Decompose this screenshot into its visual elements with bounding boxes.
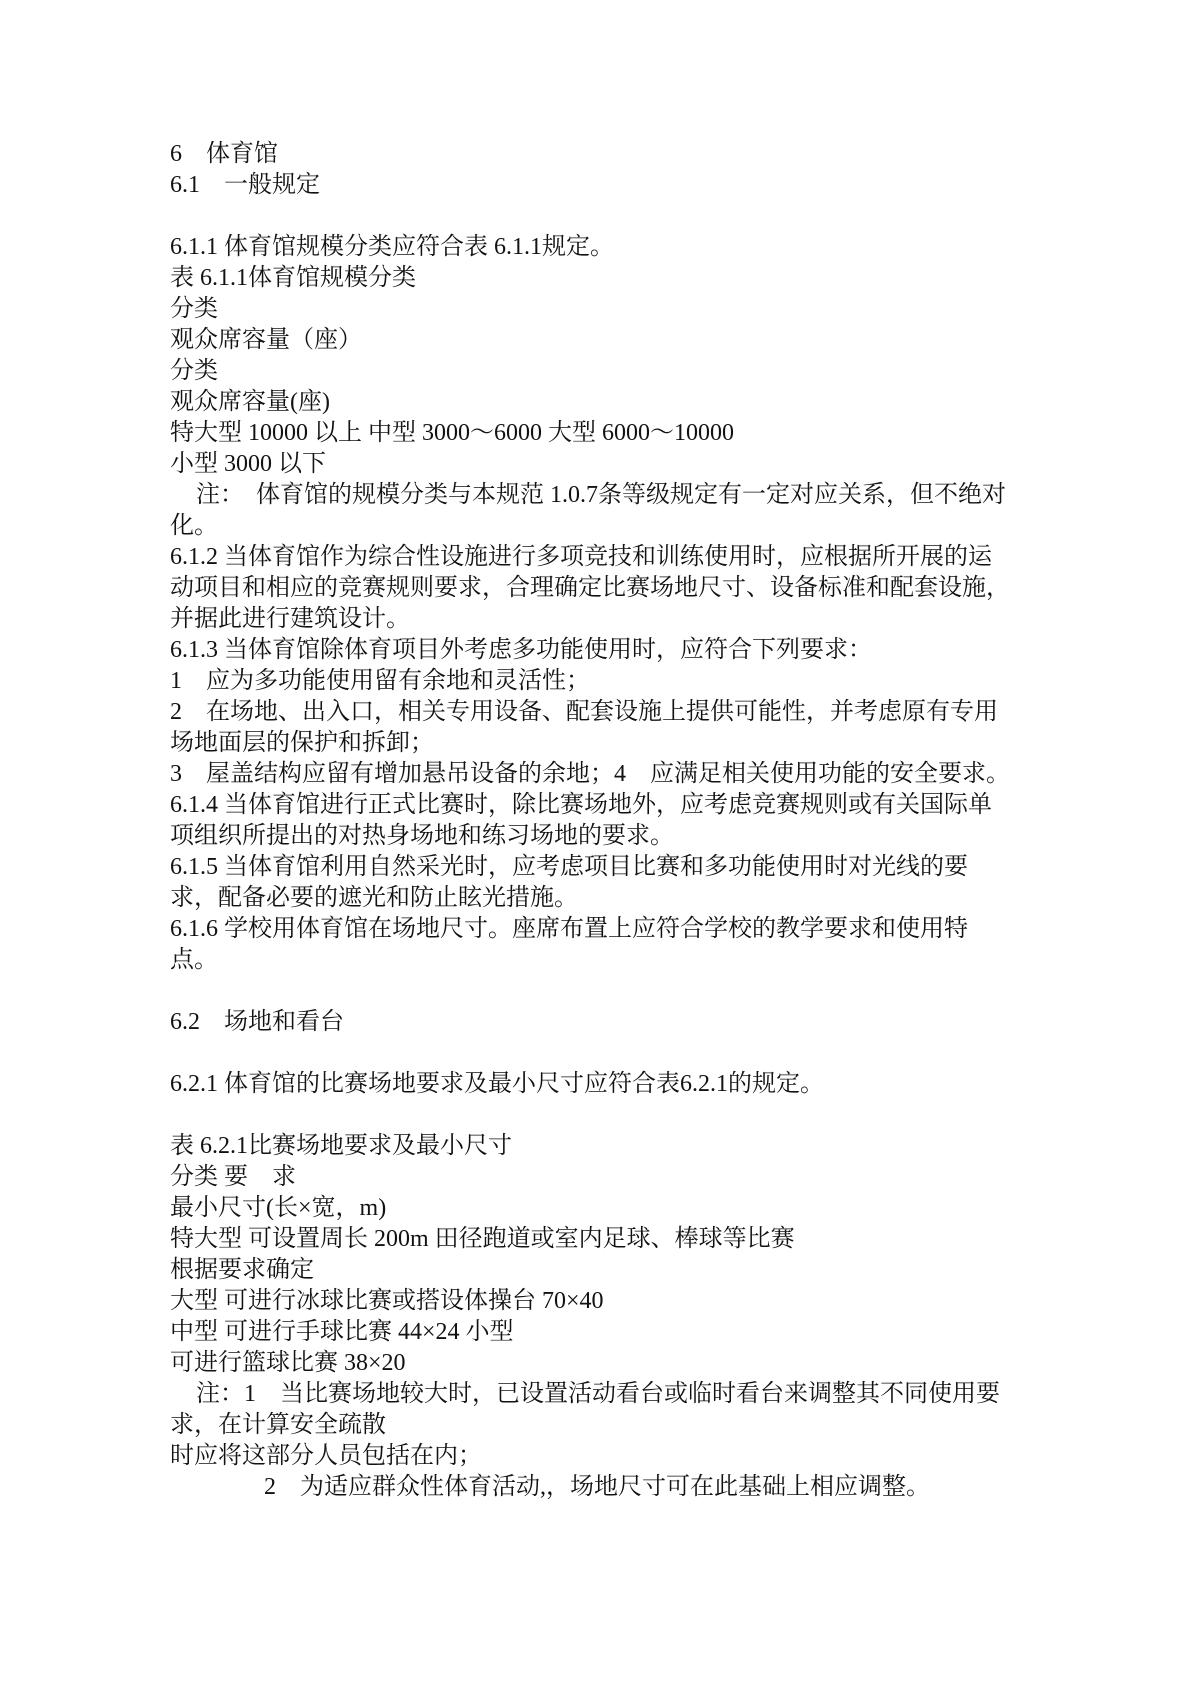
- text-line: 注：1 当比赛场地较大时，已设置活动看台或临时看台来调整其不同使用要: [170, 1379, 1130, 1410]
- text-line: 可进行篮球比赛 38×20: [170, 1348, 1130, 1379]
- text-line: 大型 可进行冰球比赛或搭设体操台 70×40: [170, 1286, 1130, 1317]
- blank-line: [170, 1100, 1130, 1131]
- text-line: 分类 要 求: [170, 1162, 1130, 1193]
- text-line: 6.1.1 体育馆规模分类应符合表 6.1.1规定。: [170, 232, 1130, 263]
- text-line: 6.1.3 当体育馆除体育项目外考虑多功能使用时，应符合下列要求：: [170, 635, 1130, 666]
- text-line: 观众席容量(座): [170, 387, 1130, 418]
- text-line: 动项目和相应的竞赛规则要求，合理确定比赛场地尺寸、设备标准和配套设施，: [170, 573, 1130, 604]
- text-line: 化。: [170, 511, 1130, 542]
- text-line: 2 在场地、出入口，相关专用设备、配套设施上提供可能性，并考虑原有专用: [170, 697, 1130, 728]
- text-line: 点。: [170, 945, 1130, 976]
- text-line: 6.1.2 当体育馆作为综合性设施进行多项竞技和训练使用时，应根据所开展的运: [170, 542, 1130, 573]
- text-line: 表 6.2.1比赛场地要求及最小尺寸: [170, 1131, 1130, 1162]
- text-line: 求，配备必要的遮光和防止眩光措施。: [170, 883, 1130, 914]
- blank-line: [170, 976, 1130, 1007]
- text-line: 根据要求确定: [170, 1255, 1130, 1286]
- text-line: 观众席容量（座）: [170, 325, 1130, 356]
- text-line: 项组织所提出的对热身场地和练习场地的要求。: [170, 821, 1130, 852]
- text-line: 2 为适应群众性体育活动,，场地尺寸可在此基础上相应调整。: [170, 1472, 1130, 1503]
- text-line: 注： 体育馆的规模分类与本规范 1.0.7条等级规定有一定对应关系，但不绝对: [170, 480, 1130, 511]
- text-line: 特大型 10000 以上 中型 3000～6000 大型 6000～10000: [170, 418, 1130, 449]
- text-line: 分类: [170, 294, 1130, 325]
- text-line: 特大型 可设置周长 200m 田径跑道或室内足球、棒球等比赛: [170, 1224, 1130, 1255]
- text-line: 6.1.6 学校用体育馆在场地尺寸。座席布置上应符合学校的教学要求和使用特: [170, 914, 1130, 945]
- text-line: 1 应为多功能使用留有余地和灵活性；: [170, 666, 1130, 697]
- text-line: 6 体育馆: [170, 139, 1130, 170]
- text-line: 求，在计算安全疏散: [170, 1410, 1130, 1441]
- text-line: 中型 可进行手球比赛 44×24 小型: [170, 1317, 1130, 1348]
- text-line: 小型 3000 以下: [170, 449, 1130, 480]
- document-page: 6 体育馆6.1 一般规定6.1.1 体育馆规模分类应符合表 6.1.1规定。表…: [0, 0, 1191, 1684]
- text-line: 并据此进行建筑设计。: [170, 604, 1130, 635]
- text-line: 表 6.1.1体育馆规模分类: [170, 263, 1130, 294]
- text-line: 6.1 一般规定: [170, 170, 1130, 201]
- text-line: 最小尺寸(长×宽，m): [170, 1193, 1130, 1224]
- text-line: 分类: [170, 356, 1130, 387]
- text-line: 6.2.1 体育馆的比赛场地要求及最小尺寸应符合表6.2.1的规定。: [170, 1069, 1130, 1100]
- blank-line: [170, 201, 1130, 232]
- text-line: 6.1.5 当体育馆利用自然采光时，应考虑项目比赛和多功能使用时对光线的要: [170, 852, 1130, 883]
- text-line: 6.1.4 当体育馆进行正式比赛时，除比赛场地外，应考虑竞赛规则或有关国际单: [170, 790, 1130, 821]
- text-line: 场地面层的保护和拆卸；: [170, 728, 1130, 759]
- blank-line: [170, 1038, 1130, 1069]
- text-line: 3 屋盖结构应留有增加悬吊设备的余地；4 应满足相关使用功能的安全要求。: [170, 759, 1130, 790]
- text-line: 6.2 场地和看台: [170, 1007, 1130, 1038]
- text-line: 时应将这部分人员包括在内；: [170, 1441, 1130, 1472]
- document-text: 6 体育馆6.1 一般规定6.1.1 体育馆规模分类应符合表 6.1.1规定。表…: [170, 139, 1130, 1503]
